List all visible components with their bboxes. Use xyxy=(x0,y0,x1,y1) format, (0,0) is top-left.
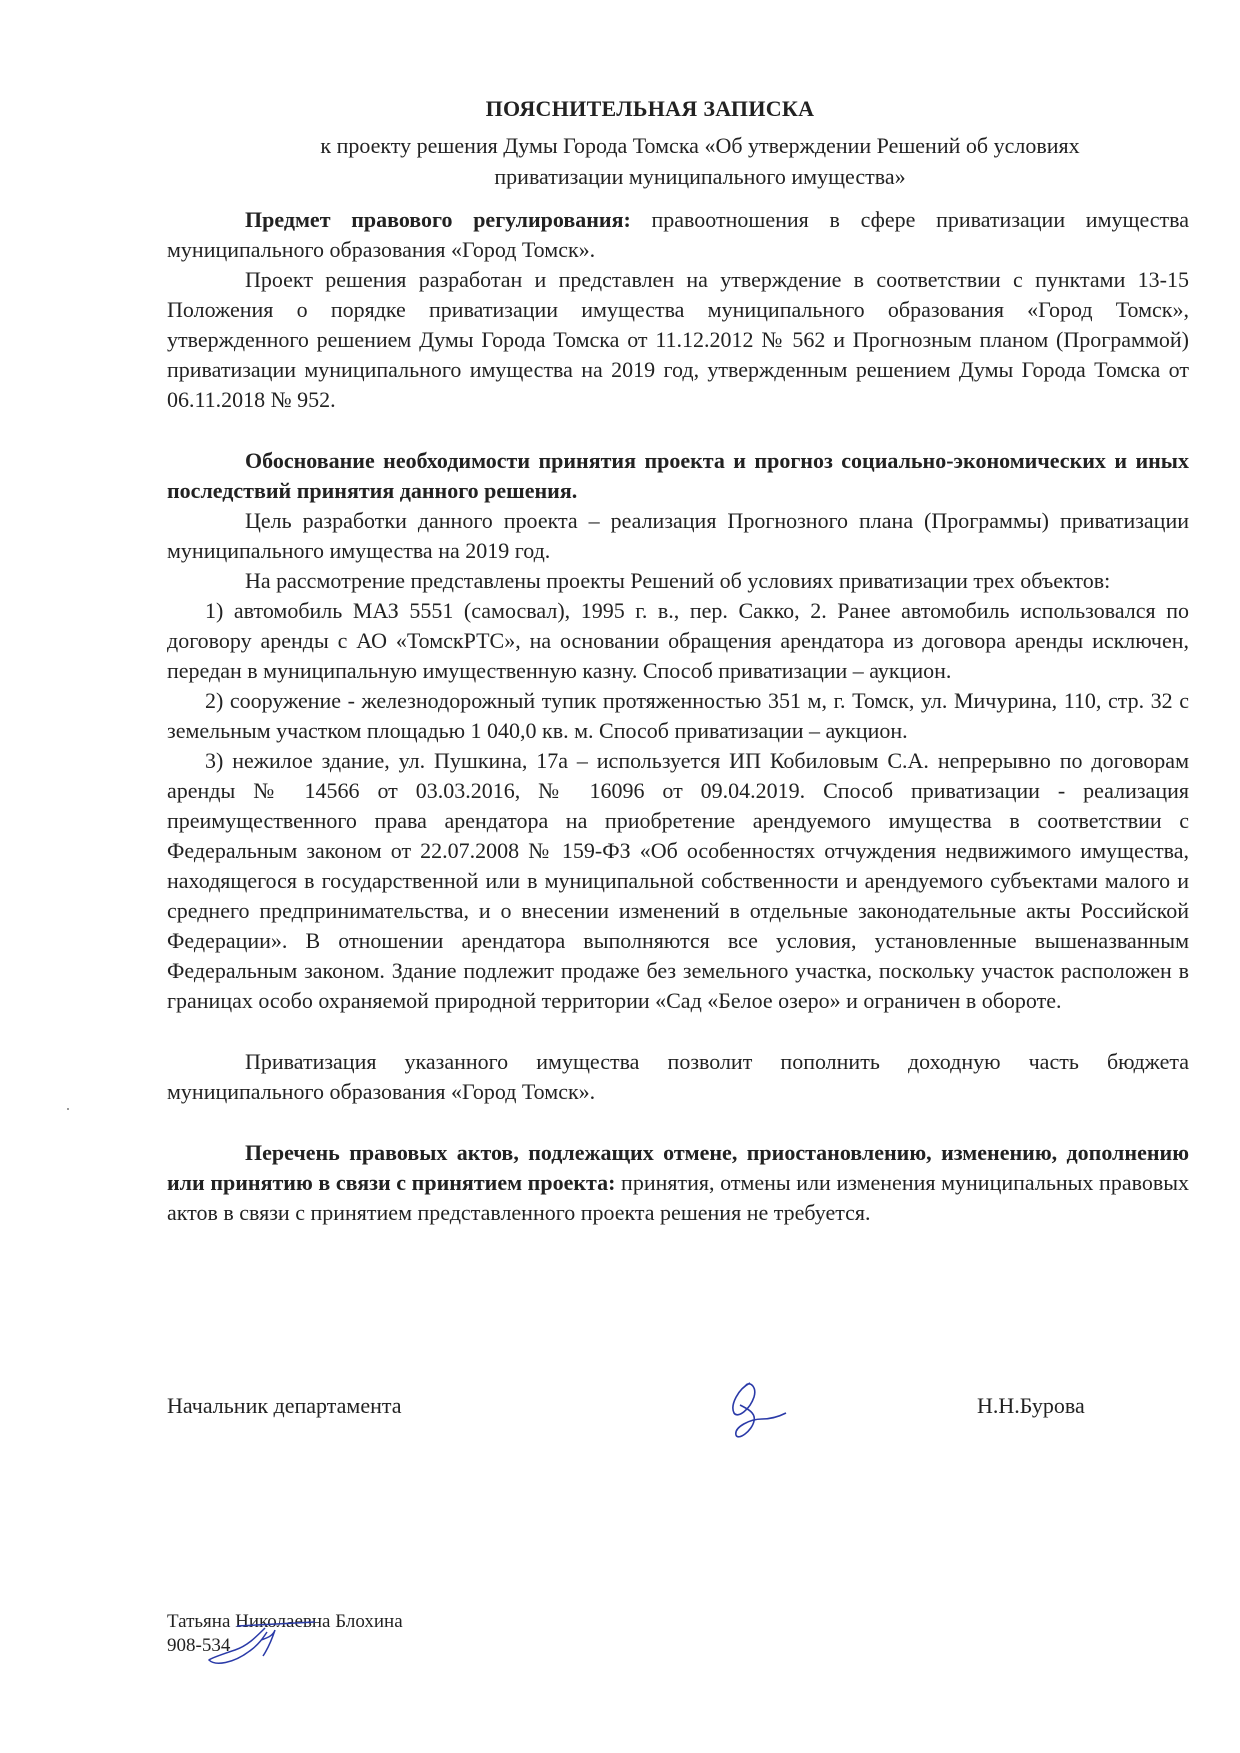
conclusion-paragraph: Приватизация указанного имущества позвол… xyxy=(167,1047,1189,1107)
signatory-role: Начальник департамента xyxy=(167,1393,402,1419)
document-page: ПОЯСНИТЕЛЬНАЯ ЗАПИСКА к проекту решения … xyxy=(0,0,1240,1753)
subtitle-line-1: к проекту решения Думы Города Томска «Об… xyxy=(200,130,1200,161)
object-item-2: 2) сооружение - железнодорожный тупик пр… xyxy=(167,686,1189,746)
justification-heading-text: Обоснование необходимости принятия проек… xyxy=(167,448,1189,503)
document-body: Предмет правового регулирования: правоот… xyxy=(167,205,1189,1228)
subject-heading: Предмет правового регулирования: xyxy=(245,207,631,232)
signatory-name: Н.Н.Бурова xyxy=(977,1393,1085,1419)
basis-paragraph: Проект решения разработан и представлен … xyxy=(167,265,1189,415)
executor-signature-icon xyxy=(205,1620,315,1670)
acts-paragraph: Перечень правовых актов, подлежащих отме… xyxy=(167,1138,1189,1228)
handwritten-signature-icon xyxy=(720,1375,800,1445)
goal-paragraph: Цель разработки данного проекта – реализ… xyxy=(167,506,1189,566)
subtitle-line-2: приватизации муниципального имущества» xyxy=(200,161,1200,192)
scan-artifact xyxy=(67,1108,69,1110)
justification-heading: Обоснование необходимости принятия проек… xyxy=(167,446,1189,506)
subject-paragraph: Предмет правового регулирования: правоот… xyxy=(167,205,1189,265)
document-subtitle: к проекту решения Думы Города Томска «Об… xyxy=(200,130,1200,192)
object-item-3: 3) нежилое здание, ул. Пушкина, 17а – ис… xyxy=(167,746,1189,1016)
object-item-1: 1) автомобиль МАЗ 5551 (самосвал), 1995 … xyxy=(167,596,1189,686)
document-title: ПОЯСНИТЕЛЬНАЯ ЗАПИСКА xyxy=(0,96,1240,122)
objects-intro-paragraph: На рассмотрение представлены проекты Реш… xyxy=(167,566,1189,596)
